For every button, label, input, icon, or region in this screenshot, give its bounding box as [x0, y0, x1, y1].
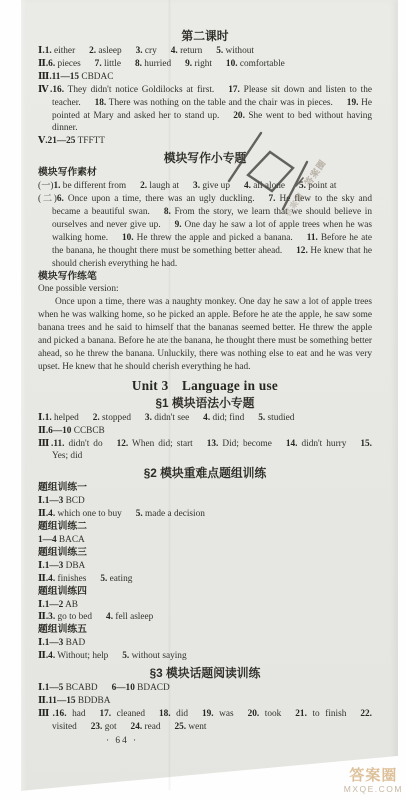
list-prefix: Ⅰ. [38, 413, 45, 423]
watermark-site-url: MXQE.COM [344, 785, 403, 794]
item-text: did [171, 709, 188, 719]
item-number: 22. [360, 709, 372, 719]
list-prefix: Ⅱ. [38, 696, 48, 706]
item-text: Once upon a time, there was an ugly duck… [64, 194, 255, 204]
item-text: fell asleep [113, 612, 153, 622]
item-text: didn't hurry [297, 439, 346, 449]
item-number: 8. [135, 59, 142, 69]
item-number: 2. [93, 413, 100, 423]
item-number: 3. [145, 413, 152, 423]
item-text: BDACD [135, 683, 170, 693]
item-text: to finish [307, 709, 347, 719]
item-number: 10. [122, 233, 134, 243]
item-number: 4. [106, 612, 113, 622]
item-text: CBDAC [79, 72, 113, 82]
item-number: 13. [207, 439, 219, 449]
item-text: They didn't notice Goldilocks at first. [64, 85, 214, 95]
item-text: comfortable [238, 59, 285, 69]
item-text: without saying [129, 651, 186, 661]
item-number: 21—25 [48, 136, 76, 146]
item-text: right [192, 59, 212, 69]
item-text: AB [63, 600, 78, 610]
list-prefix: Ⅲ. [38, 709, 55, 719]
item-text: stopped [100, 413, 131, 423]
list-prefix: Ⅰ. [38, 561, 45, 571]
list-prefix: Ⅱ. [38, 612, 48, 622]
list-prefix: Ⅱ. [38, 509, 48, 519]
list-prefix: Ⅰ. [38, 46, 45, 56]
item-number: 6—10 [112, 683, 135, 693]
item-text: He threw the apple and picked a banana. [134, 233, 293, 243]
item-number: 21. [295, 709, 307, 719]
item-text: took [259, 709, 281, 719]
item-text: asleep [96, 46, 122, 56]
item-number: 14. [286, 439, 298, 449]
answer-line: Ⅲ.11—15 CBDAC [38, 71, 372, 84]
answer-line: Ⅲ.16. had 17. cleaned 18. did 19. was 20… [38, 708, 372, 734]
list-prefix: Ⅰ. [38, 638, 45, 648]
list-prefix: (二) [38, 194, 57, 204]
item-number: 7. [95, 59, 102, 69]
subheading: 题组训练一 [38, 482, 372, 495]
item-text: little [102, 59, 121, 69]
paragraph: Once upon a time, there was a naughty mo… [38, 296, 372, 373]
item-number: 11—15 [48, 696, 75, 706]
list-prefix: Ⅱ. [38, 651, 48, 661]
item-number: 4. [171, 46, 178, 56]
item-text: did; find [210, 413, 244, 423]
item-number: 5. [299, 181, 306, 191]
item-number: 4. [244, 181, 251, 191]
subheading: 模块写作练笔 [38, 271, 372, 284]
item-number: 19. [347, 98, 359, 108]
page-number: · 64 · [106, 735, 372, 748]
item-text: didn't see [152, 413, 189, 423]
list-prefix: Ⅰ. [38, 683, 45, 693]
item-text: which one to buy [55, 509, 122, 519]
answer-line: (一)1. be different from 2. laugh at 3. g… [38, 180, 372, 193]
item-number: 20. [233, 111, 245, 121]
list-prefix: Ⅲ. [38, 439, 53, 449]
item-text: without [223, 46, 254, 56]
subheading: 题组训练二 [38, 521, 372, 534]
answer-line: Ⅰ.1—3 DBA [38, 560, 372, 573]
item-text: had [67, 709, 86, 719]
item-text: Without; help [55, 651, 108, 661]
item-number: 9. [175, 220, 182, 230]
item-number: 17. [99, 709, 111, 719]
item-number: 3. [136, 46, 143, 56]
item-number: 1—2 [45, 600, 64, 610]
item-number: 18. [159, 709, 171, 719]
item-text: BACA [57, 535, 85, 545]
list-prefix: Ⅲ. [38, 72, 52, 82]
item-number: 10. [226, 59, 238, 69]
list-prefix: Ⅰ. [38, 496, 45, 506]
unit-title: Unit 3 Language in use [38, 378, 372, 393]
item-number: 25. [174, 722, 186, 732]
item-text: didn't do [64, 439, 102, 449]
section-title: 第二课时 [38, 29, 372, 43]
item-text: When did; start [128, 439, 193, 449]
answer-line: Ⅰ.1. either 2. asleep 3. cry 4. return 5… [38, 45, 372, 58]
item-number: 1—5 [45, 683, 64, 693]
answer-page-content: 第二课时Ⅰ.1. either 2. asleep 3. cry 4. retu… [38, 26, 372, 748]
item-text: BAD [63, 638, 85, 648]
subheading: 题组训练三 [38, 547, 372, 560]
site-watermark: 答案圈 MXQE.COM [344, 768, 403, 794]
answer-line: Ⅰ.1—3 BCD [38, 495, 372, 508]
item-number: 1. [45, 413, 52, 423]
item-text: be different from [60, 181, 126, 191]
answer-line: Ⅳ.16. They didn't notice Goldilocks at f… [38, 84, 372, 136]
answer-circle-logo-icon: 答案圈 [344, 768, 403, 785]
answer-line: (二)6. Once upon a time, there was an ugl… [38, 193, 372, 270]
item-number: 1—3 [45, 496, 64, 506]
item-text: helped [52, 413, 79, 423]
section-title: 模块写作小专题 [38, 151, 372, 165]
item-text: laugh at [147, 181, 179, 191]
subheading: 模块写作素材 [38, 167, 372, 180]
item-text: cry [143, 46, 157, 56]
item-text: finishes [55, 574, 86, 584]
item-number: 17. [228, 85, 240, 95]
list-prefix: Ⅱ. [38, 426, 48, 436]
item-text: There was nothing on the table and the c… [106, 98, 333, 108]
item-number: 24. [131, 722, 143, 732]
item-text: give up [200, 181, 230, 191]
item-number: 8. [164, 207, 171, 217]
item-text: BDDBA [76, 696, 111, 706]
item-text: Did; become [218, 439, 272, 449]
list-prefix: Ⅴ. [38, 136, 48, 146]
subheading: 题组训练五 [38, 624, 372, 637]
item-number: 7. [269, 194, 276, 204]
list-prefix: Ⅳ. [38, 85, 52, 95]
item-text: studied [265, 413, 294, 423]
item-text: got [102, 722, 116, 732]
list-prefix: Ⅱ. [38, 59, 48, 69]
answer-line: Ⅱ.4. which one to buy 5. made a decision [38, 508, 372, 521]
answer-line: Ⅰ.1—5 BCABD 6—10 BDACD [38, 682, 372, 695]
answer-line: Ⅴ.21—25 TFFTT [38, 135, 372, 148]
item-number: 5. [136, 509, 143, 519]
item-number: 19. [202, 709, 214, 719]
item-text: visited [52, 722, 77, 732]
item-number: 20. [248, 709, 260, 719]
section-title: §2 模块重难点题组训练 [38, 466, 372, 480]
answer-line: Ⅱ.6—10 CCBCB [38, 425, 372, 438]
item-number: 1—3 [45, 638, 64, 648]
answer-line: Ⅰ.1. helped 2. stopped 3. didn't see 4. … [38, 412, 372, 425]
item-number: 1. [45, 46, 52, 56]
answer-line: Ⅱ.6. pieces 7. little 8. hurried 9. righ… [38, 58, 372, 71]
item-number: 6—10 [48, 426, 71, 436]
list-prefix: Ⅰ. [38, 600, 45, 610]
item-text: go to bed [55, 612, 92, 622]
answer-line: Ⅱ.11—15 BDDBA [38, 695, 372, 708]
item-number: 11. [307, 233, 318, 243]
item-text: either [52, 46, 76, 56]
item-number: 23. [91, 722, 103, 732]
section-title: §1 模块语法小专题 [38, 396, 372, 410]
item-text: made a decision [143, 509, 205, 519]
item-number: 6. [57, 194, 64, 204]
item-text: DBA [63, 561, 85, 571]
answer-line: Ⅰ.1—2 AB [38, 599, 372, 612]
list-prefix: (一) [38, 181, 54, 191]
item-text: TFFTT [75, 136, 105, 146]
item-text: all alone [251, 181, 285, 191]
item-number: 18. [95, 98, 107, 108]
item-text: cleaned [111, 709, 145, 719]
item-text: was [214, 709, 234, 719]
item-number: 15. [360, 439, 372, 449]
item-text: eating [107, 574, 132, 584]
item-number: 12. [296, 246, 308, 256]
item-text: point at [306, 181, 336, 191]
item-text: BCABD [63, 683, 97, 693]
item-text: hurried [142, 59, 171, 69]
section-title: §3 模块话题阅读训练 [38, 666, 372, 680]
answer-line: Ⅰ.1—3 BAD [38, 637, 372, 650]
answer-line: 1—4 BACA [38, 534, 372, 547]
list-prefix: Ⅱ. [38, 574, 48, 584]
item-text: pieces [55, 59, 81, 69]
text-line: One possible version: [38, 283, 372, 296]
item-number: 16. [55, 709, 67, 719]
answer-line: Ⅱ.3. go to bed 4. fell asleep [38, 611, 372, 624]
item-text: read [142, 722, 160, 732]
answer-line: Ⅲ.11. didn't do 12. When did; start 13. … [38, 438, 372, 464]
item-text: return [178, 46, 203, 56]
subheading: 题组训练四 [38, 586, 372, 599]
answer-line: Ⅱ.4. finishes 5. eating [38, 573, 372, 586]
item-number: 16. [52, 85, 64, 95]
item-number: 11. [53, 439, 64, 449]
item-number: 1—4 [38, 535, 57, 545]
item-text: went [186, 722, 206, 732]
answer-line: Ⅱ.4. Without; help 5. without saying [38, 650, 372, 663]
item-text: CCBCB [71, 426, 104, 436]
item-number: 11—15 [52, 72, 79, 82]
item-number: 1—3 [45, 561, 64, 571]
item-number: 3. [193, 181, 200, 191]
item-text: Yes; did [52, 451, 82, 461]
item-number: 12. [117, 439, 129, 449]
item-text: BCD [63, 496, 84, 506]
